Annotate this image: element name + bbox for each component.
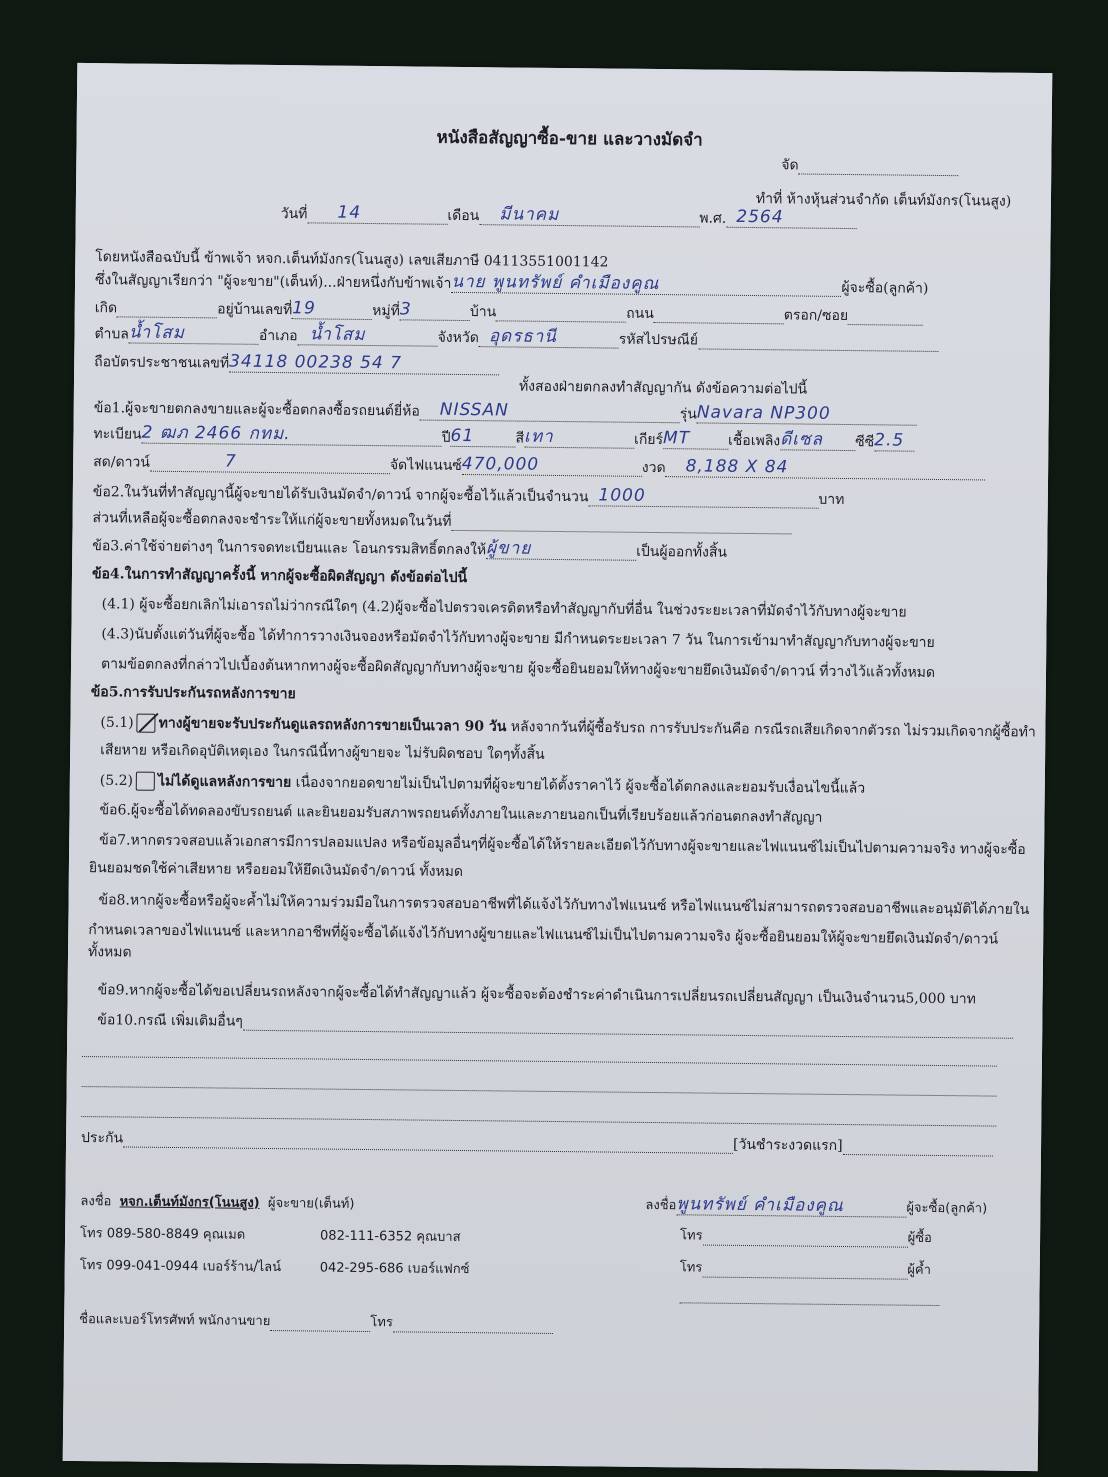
clause5-option2: (5.2)ไม่ได้ดูแลหลังการขาย เนื่องจากยอดขา… [100, 771, 866, 798]
clause8-line3: ทั้งหมด [88, 943, 132, 961]
buyer-tel-field[interactable] [703, 1231, 908, 1248]
salesperson-name-field[interactable] [270, 1316, 370, 1332]
car-year-field[interactable]: 61 [450, 432, 515, 448]
intro-line-2: ซึ่งในสัญญาเรียกว่า "ผู้จะขาย"(เต็นท์)..… [95, 271, 929, 298]
clause4-line2: (4.3)นับตั้งแต่วันที่ผู้จะซื้อ ได้ทำการว… [101, 625, 935, 652]
remaining-date-field[interactable] [451, 516, 791, 535]
clause3: ข้อ3.ค่าใช้จ่ายต่างๆ ในการจดทะเบียนและ โ… [92, 537, 727, 562]
cc-field[interactable]: 2.5 [874, 436, 914, 451]
address-line-2: ตำบลน้ำโสมอำเภอน้ำโสมจังหวัดอุดรธานีรหัส… [94, 325, 938, 352]
seller-phone-2: 082-111-6352 คุณบาส [320, 1228, 461, 1247]
salesperson-line: ชื่อและเบอร์โทรศัพท์ พนักงานขายโทร [79, 1311, 553, 1334]
salesperson-tel-field[interactable] [393, 1317, 553, 1334]
finance-field[interactable]: 470,000 [462, 460, 642, 477]
buyer-signature-field[interactable]: พูนทรัพย์ คำเมืองคูณ [676, 1200, 906, 1217]
district-field[interactable]: น้ำโสม [298, 330, 438, 346]
clause8-line2: กำหนดเวลาของไฟแนนซ์ และหากอาชีพที่ผู้จะซ… [88, 921, 998, 949]
clause4-line3: ตามข้อตกลงที่กล่าวไปเบื้องต้นหากทางผู้จะ… [101, 655, 935, 682]
buyer-name-field[interactable]: นาย พูนทรัพย์ คำเมืองคูณ [451, 278, 841, 297]
color-field[interactable]: เทา [524, 433, 634, 449]
contract-paper: หนังสือสัญญาซื้อ-ขาย และวางมัดจำ จัด ทำท… [63, 63, 1053, 1471]
seller-phone-1: โทร 089-580-8849 คุณเมด [80, 1225, 245, 1245]
month-field[interactable]: มีนาคม [479, 210, 699, 227]
clause4-heading: ข้อ4.ในการทำสัญญาครั้งนี้ หากผู้จะซื้อผิ… [92, 565, 467, 587]
guarantee-line: ประกัน[วันชำระงวดแรก] [81, 1129, 993, 1157]
installment-field[interactable]: 8,188 X 84 [666, 462, 986, 480]
clause1-line1: ข้อ1.ผู้จะขายตกลงขายและผู้จะซื้อตกลงซื้อ… [94, 399, 917, 426]
model-field[interactable]: Navara NP300 [697, 408, 917, 425]
seller-signature: ลงชื่อ หจก.เต็นท์มังกร(โนนสูง) ผู้จะขาย(… [80, 1193, 354, 1214]
clause10-field[interactable] [243, 1016, 1013, 1039]
seller-phone-3: โทร 099-041-0944 เบอร์ร้าน/ไลน์ [80, 1257, 282, 1277]
village-field[interactable] [496, 306, 626, 322]
id-card-field[interactable]: 34118 00238 54 7 [229, 358, 499, 376]
buyer-tel: โทรผู้ซื้อ [680, 1227, 932, 1248]
registration-field[interactable]: 2 ฒภ 2466 กทม. [142, 429, 442, 447]
extra-line-1[interactable] [82, 1055, 997, 1067]
gear-field[interactable]: MT [663, 434, 728, 450]
clause7-line1: ข้อ7.หากตรวจสอบแล้วเอกสารมีการปลอมแปลง ห… [99, 831, 1026, 859]
moo-field[interactable]: 3 [400, 305, 470, 321]
year-field[interactable]: 2564 [726, 213, 856, 229]
postal-field[interactable] [698, 334, 938, 352]
id-suffix: ทั้งสองฝ่ายตกลงทำสัญญากัน ดังข้อความต่อไ… [519, 378, 807, 399]
road-field[interactable] [654, 308, 784, 324]
clause5-option1: (5.1)ทางผู้ขายจะรับประกันดูแลรถหลังการขา… [100, 713, 1036, 742]
clause5-option1-line2: เสียหาย หรือเกิดอุบัติเหตุเอง ในกรณีนี้ท… [100, 741, 545, 764]
clause5-heading: ข้อ5.การรับประกันรถหลังการขาย [91, 683, 296, 703]
clause8-line1: ข้อ8.หากผู้จะซื้อหรือผู้จะค้ำไม่ให้ความร… [98, 891, 1029, 919]
extra-line-3[interactable] [81, 1115, 996, 1127]
seller-phone-4: 042-295-686 เบอร์แฟกซ์ [320, 1260, 470, 1280]
clause9: ข้อ9.หากผู้จะซื้อได้ขอเปลี่ยนรถหลังจากผู… [98, 981, 976, 1008]
dat-field: จัด [781, 156, 958, 176]
clause1-line3: สด/ดาวน์7จัดไฟแนนซ์470,000งวด8,188 X 84 [93, 453, 986, 480]
clause2-line2: ส่วนที่เหลือผู้จะซื้อตกลงจะชำระให้แก่ผู้… [92, 509, 791, 534]
id-card-line: ถือบัตรประชาชนเลขที่34118 00238 54 7 [94, 353, 499, 375]
clause6: ข้อ6.ผู้จะซื้อได้ทดลองขับรถยนต์ และยินยอ… [99, 801, 822, 827]
clause4-line1: (4.1) ผู้จะซื้อยกเลิกไม่เอารถไม่ว่ากรณีใ… [102, 595, 907, 621]
clause7-line2: ยินยอมชดใช้ค่าเสียหาย หรือยอมให้ยึดเงินม… [89, 859, 463, 881]
warranty-90-days-checkbox[interactable] [137, 714, 156, 733]
intro-line-1: โดยหนังสือฉบับนี้ ข้าพเจ้า หจก.เต็นท์มัง… [95, 248, 608, 271]
buyer-signature: ลงชื่อพูนทรัพย์ คำเมืองคูณผู้จะซื้อ(ลูกค… [645, 1197, 987, 1219]
clause1-line2: ทะเบียน2 ฒภ 2466 กทม.ปี61สีเทาเกียร์MTเช… [93, 425, 914, 452]
guarantor-tel: โทรผู้ค้ำ [680, 1259, 931, 1280]
down-field[interactable]: 7 [150, 457, 390, 475]
deposit-amount-field[interactable]: 1000 [588, 491, 818, 508]
address-line-1: เกิดอยู่บ้านเลขที่19หมู่ที่3บ้านถนนตรอก/… [95, 299, 924, 326]
date-line: วันที่14เดือนมีนาคมพ.ศ.2564 [281, 205, 857, 229]
day-field[interactable]: 14 [307, 208, 447, 224]
province-field[interactable]: อุดรธานี [479, 332, 619, 348]
clause10: ข้อ10.กรณี เพิ่มเติมอื่นๆ [97, 1011, 1013, 1039]
extra-line-2[interactable] [82, 1085, 997, 1097]
brand-field[interactable]: NISSAN [420, 406, 680, 424]
fee-payer-field[interactable]: ผู้ขาย [486, 544, 636, 561]
document-title: หนังสือสัญญาซื้อ-ขาย และวางมัดจำ [436, 129, 702, 150]
no-warranty-checkbox[interactable] [136, 772, 155, 791]
alley-field[interactable] [848, 310, 923, 326]
extra-signature-line[interactable] [679, 1301, 939, 1306]
subdistrict-field[interactable]: น้ำโสม [129, 328, 259, 344]
guarantee-field[interactable] [123, 1132, 733, 1153]
seller-name: หจก.เต็นท์มังกร(โนนสูง) [120, 1194, 260, 1210]
born-field[interactable] [117, 302, 217, 318]
house-no-field[interactable]: 19 [292, 304, 372, 320]
clause2-line1: ข้อ2.ในวันที่ทำสัญญานี้ผู้จะขายได้รับเงิ… [93, 483, 845, 509]
fuel-field[interactable]: ดีเซล [780, 435, 855, 451]
first-payment-field[interactable] [843, 1140, 993, 1157]
guarantor-tel-field[interactable] [702, 1263, 907, 1280]
